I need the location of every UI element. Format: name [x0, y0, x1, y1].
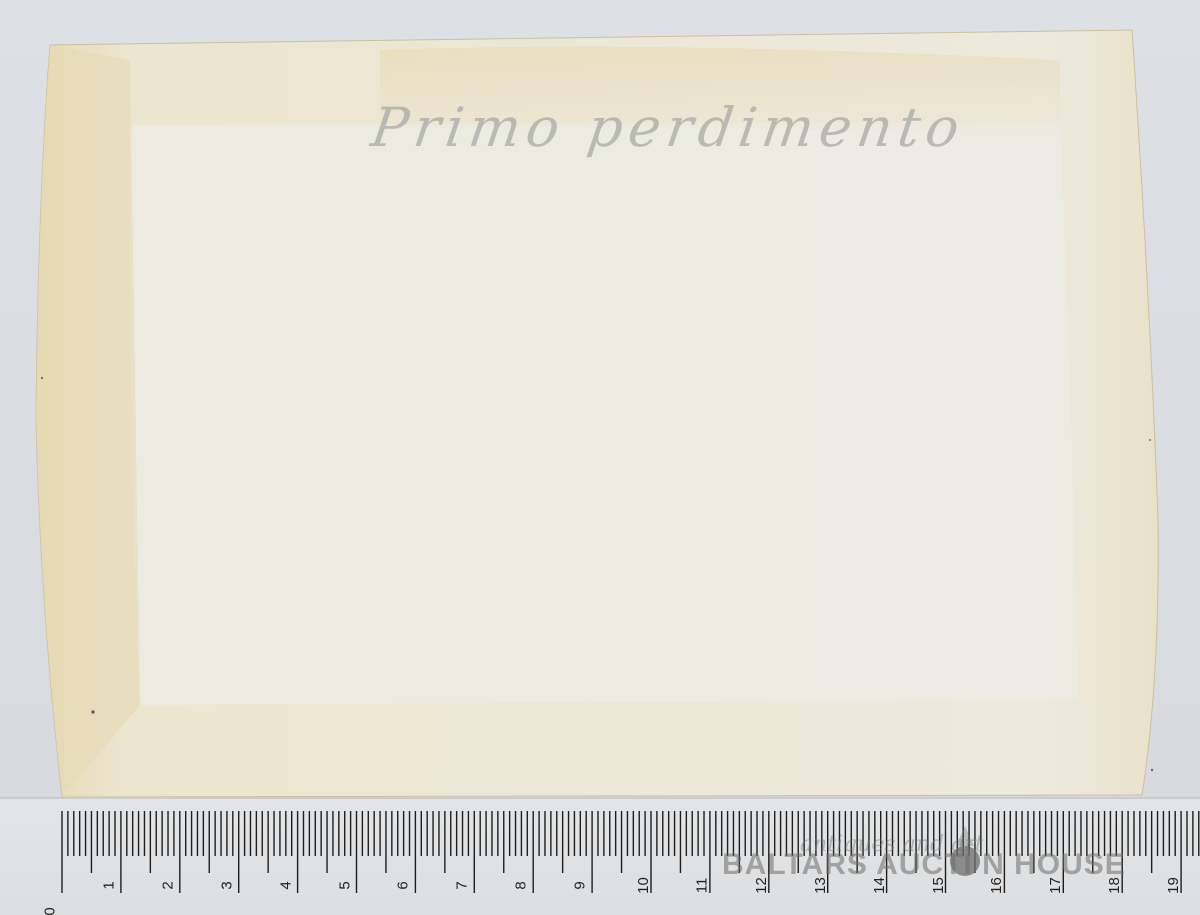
ruler-label-11: 11 [693, 878, 710, 894]
ruler-label-9: 9 [572, 881, 589, 889]
ruler-label-12: 12 [753, 877, 770, 894]
ruler-label-0: 0 [42, 907, 59, 915]
ruler-label-2: 2 [159, 881, 176, 889]
ruler-label-3: 3 [218, 881, 235, 889]
ruler-label-4: 4 [277, 881, 294, 889]
ruler-label-19: 19 [1165, 877, 1182, 894]
ruler-label-17: 17 [1047, 877, 1064, 894]
measuring-ruler: 012345678910111213141516171819 [0, 797, 1200, 915]
ruler-label-14: 14 [870, 877, 887, 894]
ruler-label-10: 10 [635, 877, 652, 894]
ruler-label-18: 18 [1106, 877, 1123, 894]
ruler-ticks [0, 799, 1200, 915]
pencil-inscription: Primo perdimento [368, 96, 969, 159]
ruler-label-6: 6 [395, 881, 412, 889]
ruler-label-15: 15 [929, 877, 946, 894]
ruler-label-16: 16 [988, 877, 1005, 894]
ruler-label-13: 13 [812, 877, 829, 894]
paper-sheet: Primo perdimento [0, 0, 1200, 915]
ruler-label-8: 8 [513, 881, 530, 889]
ruler-label-1: 1 [101, 881, 118, 889]
ruler-label-7: 7 [454, 881, 471, 889]
ruler-label-5: 5 [336, 881, 353, 889]
